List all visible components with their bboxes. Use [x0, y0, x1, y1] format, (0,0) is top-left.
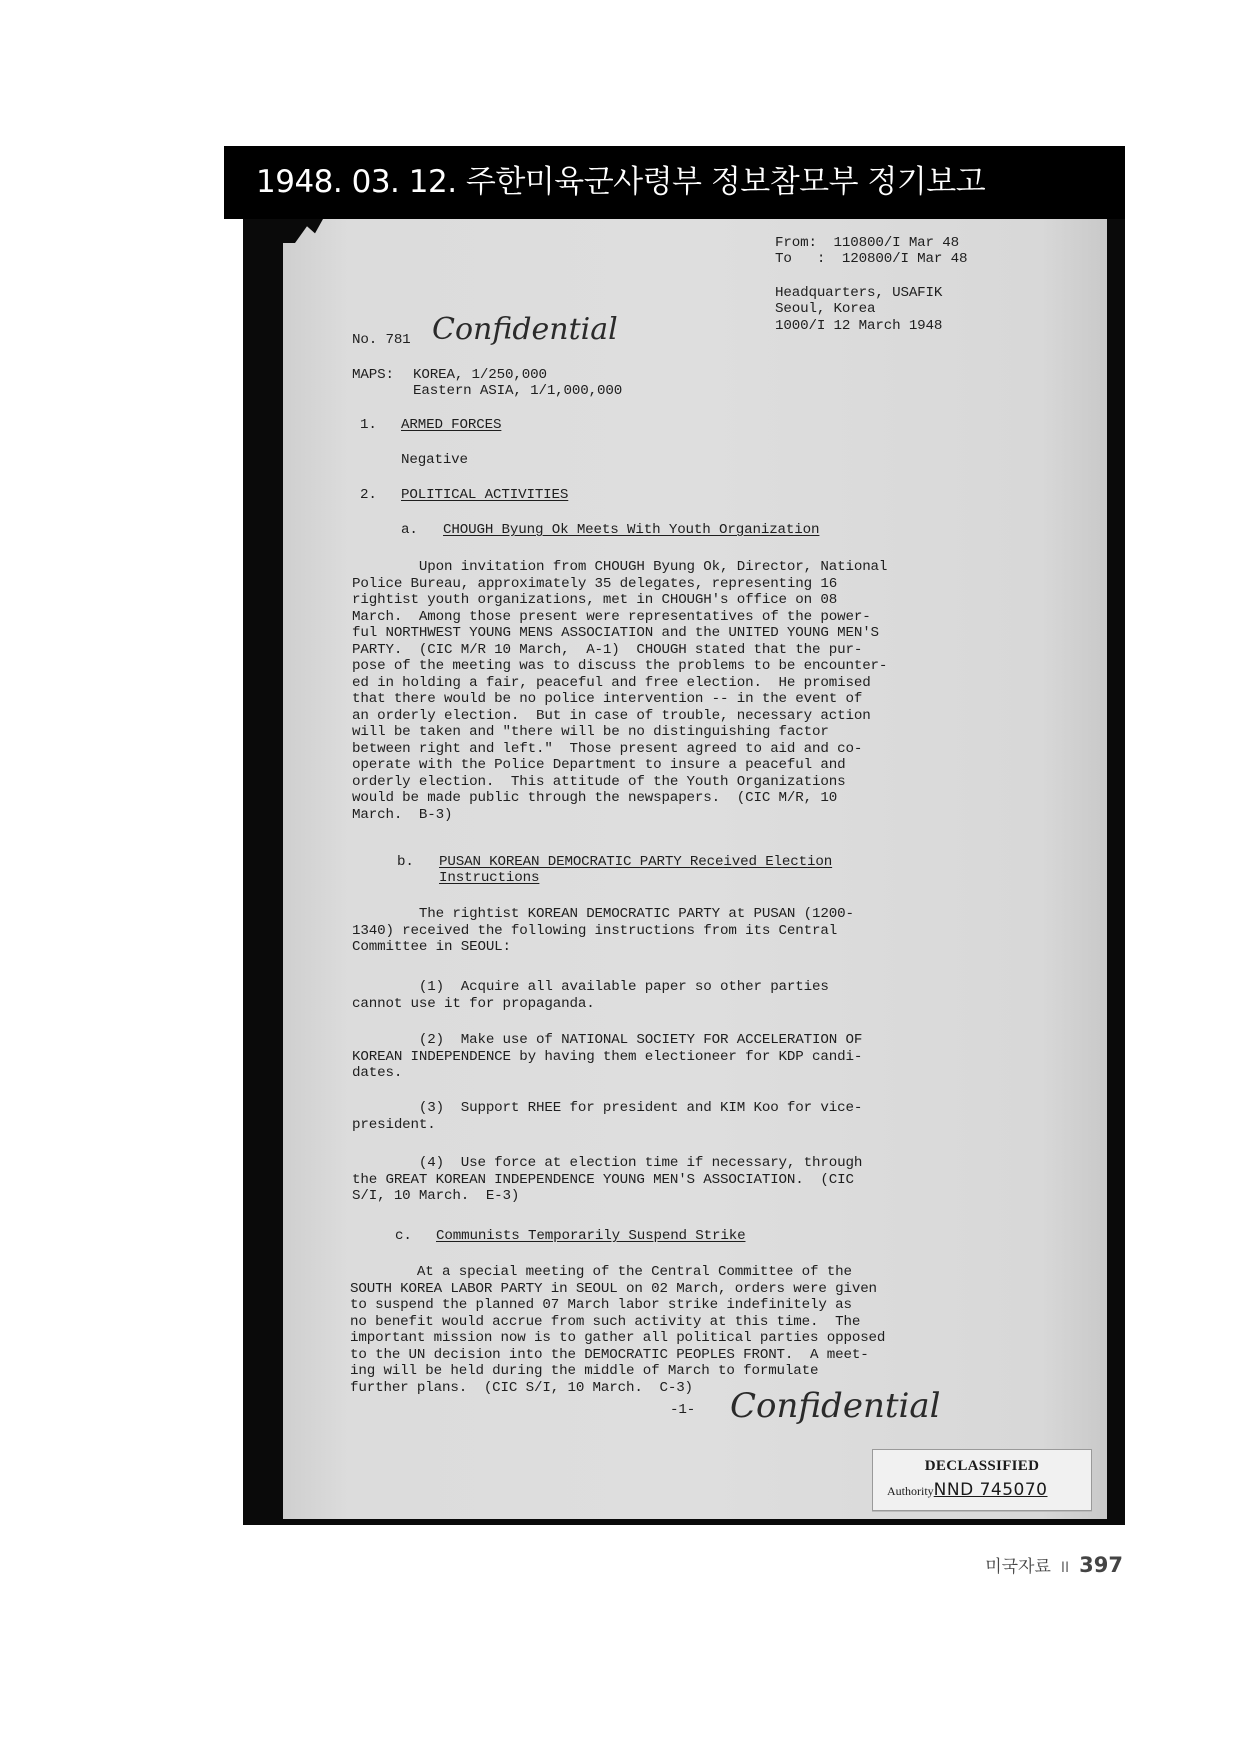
typed-line: (2) Make use of NATIONAL SOCIETY FOR ACC… [352, 1032, 862, 1049]
typed-line: orderly election. This attitude of the Y… [352, 774, 845, 791]
subsection-c-letter: c. [395, 1228, 412, 1245]
typed-line: ful NORTHWEST YOUNG MENS ASSOCIATION and… [352, 625, 879, 642]
typed-line: (4) Use force at election time if necess… [352, 1155, 862, 1172]
section-2-title: POLITICAL ACTIVITIES [401, 487, 568, 504]
authority-label: Authority [887, 1484, 934, 1498]
subsection-b-title-1: PUSAN KOREAN DEMOCRATIC PARTY Received E… [439, 854, 832, 871]
section-1-body: Negative [401, 452, 468, 469]
subsection-c-title: Communists Temporarily Suspend Strike [436, 1228, 745, 1245]
origin-line-2: Seoul, Korea [775, 301, 875, 318]
typed-line: between right and left." Those present a… [352, 741, 862, 758]
subsection-a-letter: a. [401, 522, 418, 539]
typed-line: Committee in SEOUL: [352, 939, 511, 956]
typed-line: important mission now is to gather all p… [350, 1330, 885, 1347]
typed-line: pose of the meeting was to discuss the p… [352, 658, 887, 675]
page-number: 397 [1079, 1553, 1123, 1577]
typed-line: the GREAT KOREAN INDEPENDENCE YOUNG MEN'… [352, 1172, 854, 1189]
typed-line: ing will be held during the middle of Ma… [350, 1363, 818, 1380]
subsection-a-title: CHOUGH Byung Ok Meets With Youth Organiz… [443, 522, 819, 539]
maps-line-2: Eastern ASIA, 1/1,000,000 [413, 383, 622, 400]
typed-line: Police Bureau, approximately 35 delegate… [352, 576, 837, 593]
typed-line: SOUTH KOREA LABOR PARTY in SEOUL on 02 M… [350, 1281, 877, 1298]
origin-line-3: 1000/I 12 March 1948 [775, 318, 942, 335]
declassified-stamp: DECLASSIFIED AuthorityNND 745070 [872, 1449, 1092, 1511]
typed-line: ed in holding a fair, peaceful and free … [352, 675, 871, 692]
typed-line: At a special meeting of the Central Comm… [350, 1264, 852, 1281]
typed-line: no benefit would accrue from such activi… [350, 1314, 860, 1331]
section-2-number: 2. [360, 487, 377, 504]
typed-line: will be taken and "there will be no dist… [352, 724, 829, 741]
typed-line: 1340) received the following instruction… [352, 923, 837, 940]
typed-line: S/I, 10 March. E-3) [352, 1188, 519, 1205]
typed-line: cannot use it for propaganda. [352, 996, 595, 1013]
typed-line: March. Among those present were represen… [352, 609, 871, 626]
origin-line-1: Headquarters, USAFIK [775, 285, 942, 302]
declassified-authority: AuthorityNND 745070 [887, 1480, 1048, 1500]
handwritten-confidential-bottom: Confidential [730, 1386, 941, 1426]
typed-line: The rightist KOREAN DEMOCRATIC PARTY at … [352, 906, 854, 923]
subsection-b-title-2: Instructions [439, 870, 539, 887]
typed-line: to suspend the planned 07 March labor st… [350, 1297, 852, 1314]
authority-number: NND 745070 [934, 1480, 1048, 1500]
typed-line: president. [352, 1117, 436, 1134]
typed-line: Upon invitation from CHOUGH Byung Ok, Di… [352, 559, 887, 576]
page-title: 1948. 03. 12. 주한미육군사령부 정보참모부 정기보고 [256, 160, 985, 204]
typed-line: an orderly election. But in case of trou… [352, 708, 871, 725]
typed-line: March. B-3) [352, 807, 452, 824]
typed-line: that there would be no police interventi… [352, 691, 862, 708]
subsection-b-letter: b. [397, 854, 414, 871]
page-marker: -1- [670, 1402, 695, 1419]
typed-line: (1) Acquire all available paper so other… [352, 979, 829, 996]
typed-line: would be made public through the newspap… [352, 790, 837, 807]
typed-line: to the UN decision into the DEMOCRATIC P… [350, 1347, 869, 1364]
typed-line: KOREAN INDEPENDENCE by having them elect… [352, 1049, 862, 1066]
declassified-title: DECLASSIFIED [873, 1458, 1091, 1475]
typed-line: dates. [352, 1065, 402, 1082]
typed-line: operate with the Police Department to in… [352, 757, 845, 774]
routing-from: From: 110800/I Mar 48 [775, 235, 959, 252]
document-number: No. 781 [352, 332, 411, 349]
typed-line: PARTY. (CIC M/R 10 March, A-1) CHOUGH st… [352, 642, 862, 659]
typed-line: (3) Support RHEE for president and KIM K… [352, 1100, 862, 1117]
typed-line: rightist youth organizations, met in CHO… [352, 592, 837, 609]
page-footer: 미국자료II397 [985, 1552, 1123, 1577]
section-1-title: ARMED FORCES [401, 417, 501, 434]
handwritten-confidential-top: Confidential [432, 312, 618, 347]
maps-line-1: KOREA, 1/250,000 [413, 367, 547, 384]
footer-section-title: 미국자료 [985, 1557, 1051, 1577]
typed-line: further plans. (CIC S/I, 10 March. C-3) [350, 1380, 693, 1397]
routing-to: To : 120800/I Mar 48 [775, 251, 967, 268]
maps-label: MAPS: [352, 367, 394, 384]
section-1-number: 1. [360, 417, 377, 434]
footer-separator: II [1061, 1560, 1069, 1576]
